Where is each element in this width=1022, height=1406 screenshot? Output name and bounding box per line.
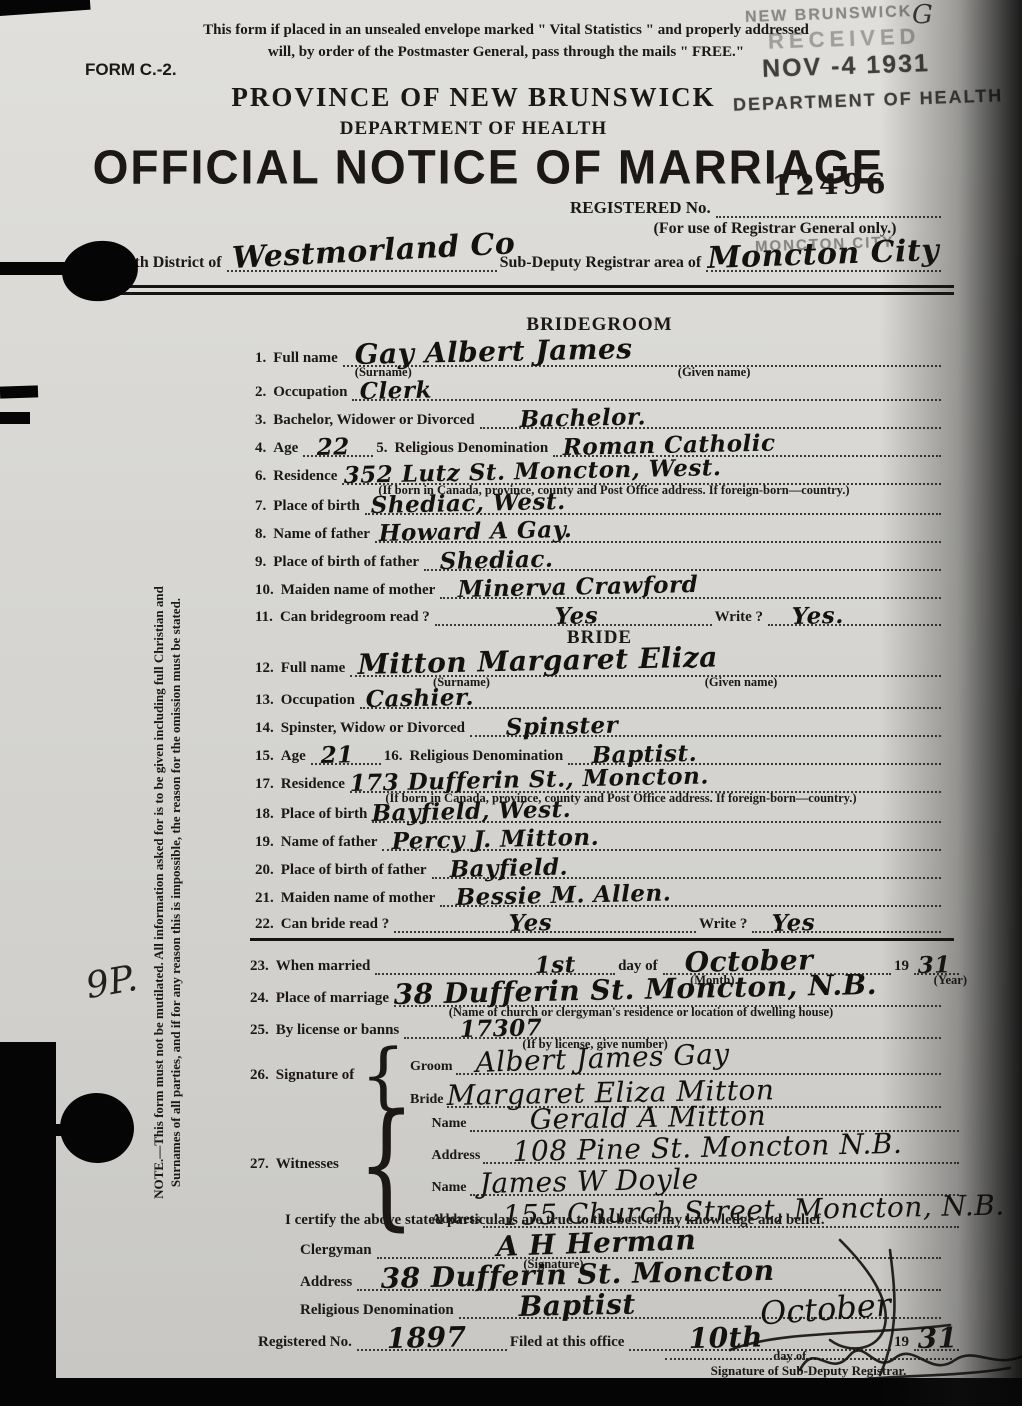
bride-write-line: Yes (752, 914, 941, 933)
groom-read-label: Can bridegroom read ? (280, 609, 430, 626)
hole-punch-bottom (57, 1089, 138, 1166)
field-number: 26. (250, 1067, 269, 1084)
field-number: 5. (376, 440, 387, 457)
groom-fullname-label: Full name (273, 350, 338, 367)
groom-father-birthplace-value: Shediac. (439, 546, 553, 575)
bride-occupation-value: Cashier. (365, 684, 474, 713)
field-number: 6. (255, 468, 266, 485)
registered-no-footer-value: 1897 (386, 1321, 467, 1356)
groom-father-birthplace-label: Place of birth of father (273, 554, 419, 571)
bride-read-value: Yes (509, 909, 553, 937)
bride-age-line: 21 (311, 746, 381, 765)
health-district-value: Westmorland Co (231, 227, 516, 277)
groom-father-value: Howard A Gay. (378, 516, 572, 547)
bride-father-birthplace-label: Place of birth of father (281, 862, 427, 879)
department-heading: DEPARTMENT OF HEALTH (55, 118, 892, 140)
clergyman-denomination-label: Religious Denomination (300, 1302, 454, 1319)
witness2-name-label: Name (432, 1180, 467, 1196)
bride-father-value: Percy J. Mitton. (392, 824, 600, 855)
received-stamp-date: NOV -4 1931 (762, 49, 931, 84)
place-of-marriage-label: Place of marriage (276, 990, 389, 1007)
field-number: 27. (250, 1156, 269, 1173)
bride-status-line: Spinster (470, 718, 941, 737)
scan-edge-left-strip (0, 1042, 56, 1406)
groom-signature-value: Albert James Gay (474, 1037, 729, 1079)
bride-mother-label: Maiden name of mother (281, 890, 436, 907)
scan-mark-left-1 (0, 385, 38, 398)
field-number: 20. (255, 862, 274, 879)
bride-father-line: Percy J. Mitton. (382, 832, 941, 851)
field-number: 1. (255, 350, 266, 367)
scanned-marriage-notice-document: This form if placed in an unsealed envel… (0, 0, 1022, 1406)
margin-note-line2: Surnames of all parties, and if for any … (167, 540, 184, 1245)
witness2-name-value: James W Doyle (479, 1162, 699, 1200)
license-line: 17307 (If by license, give number) (404, 1020, 941, 1039)
field-number: 22. (255, 916, 274, 933)
groom-fullname-line: Gay Albert James (Surname) (Given name) (343, 348, 941, 367)
bride-father-birthplace-value: Bayfield. (449, 854, 568, 883)
field-number: 19. (255, 834, 274, 851)
double-rule (85, 285, 954, 295)
field-number: 2. (255, 384, 266, 401)
subdeputy-area-value: Moncton City (707, 233, 940, 276)
bride-residence-label: Residence (281, 776, 345, 793)
field-number: 14. (255, 720, 274, 737)
registered-no-stamped-value: 12496 (772, 167, 890, 202)
bride-fullname-label: Full name (281, 660, 346, 677)
brace-glyph: { (357, 1103, 415, 1226)
groom-occupation-label: Occupation (273, 384, 347, 401)
groom-mother-value: Minerva Crawford (458, 571, 699, 603)
field-number: 18. (255, 806, 274, 823)
groom-age-label: Age (273, 440, 298, 457)
groom-occupation-value: Clerk (360, 377, 433, 406)
groom-father-label: Name of father (273, 526, 370, 543)
bride-age-value: 21 (320, 742, 354, 770)
groom-write-line: Yes. (768, 607, 941, 626)
field-number: 8. (255, 526, 266, 543)
bride-write-label: Write ? (699, 916, 747, 933)
bride-birthplace-label: Place of birth (281, 806, 368, 823)
registered-no-footer-line: 1897 (357, 1332, 507, 1351)
groom-occupation-line: Clerk (352, 382, 941, 401)
bride-read-label: Can bride read ? (281, 916, 389, 933)
field-number: 15. (255, 748, 274, 765)
bride-residence-line: 173 Dufferin St., Moncton. (If born in C… (350, 774, 941, 793)
bride-occupation-line: Cashier. (360, 690, 941, 709)
groom-mother-label: Maiden name of mother (281, 582, 436, 599)
groom-residence-line: 352 Lutz St. Moncton, West. (If born in … (342, 466, 941, 485)
witness1-address-value: 108 Pine St. Moncton N.B. (513, 1127, 903, 1168)
hole-punch-top (58, 236, 142, 306)
witness1-address-line: 108 Pine St. Moncton N.B. (483, 1144, 959, 1164)
groom-age-line: 22 (303, 438, 373, 457)
when-married-day-line: 1st (375, 956, 615, 975)
clergyman-address-label: Address (300, 1274, 352, 1291)
given-name-sublabel: (Given name) (678, 365, 751, 380)
field-number: 23. (250, 958, 269, 975)
field-number: 25. (250, 1022, 269, 1039)
clergyman-label: Clergyman (300, 1242, 372, 1259)
province-heading: PROVINCE OF NEW BRUNSWICK (55, 82, 892, 113)
margin-note: NOTE.—This form must not be mutilated. A… (150, 540, 184, 1245)
bride-mother-line: Bessie M. Allen. (440, 888, 941, 907)
groom-status-value: Bachelor. (519, 404, 646, 434)
bride-occupation-label: Occupation (281, 692, 355, 709)
field-number: 3. (255, 412, 266, 429)
bride-mother-value: Bessie M. Allen. (456, 880, 672, 912)
groom-signature-label: Groom (410, 1059, 453, 1075)
groom-birthplace-line: Shediac, West. (365, 496, 941, 515)
registered-no-footer-label: Registered No. (258, 1334, 352, 1351)
field-number: 24. (250, 990, 269, 1007)
bride-birthplace-value: Bayfield, West. (372, 796, 572, 827)
field-number: 21. (255, 890, 274, 907)
groom-read-line: Yes (435, 607, 712, 626)
section-rule (250, 938, 954, 941)
signatures-block: 26. Signature of { Groom Albert James Ga… (250, 1042, 944, 1108)
certify-statement: I certify the above stated particulars a… (285, 1212, 825, 1229)
bride-fullname-value: Mitton Margaret Eliza (358, 641, 719, 682)
year-sublabel: (Year) (934, 973, 967, 988)
groom-status-label: Bachelor, Widower or Divorced (273, 412, 474, 429)
field-number: 12. (255, 660, 274, 677)
field-number: 9. (255, 554, 266, 571)
groom-signature-line: Albert James Gay (456, 1055, 941, 1075)
place-of-marriage-line: 38 Dufferin St. Moncton, N.B. (Name of c… (394, 988, 941, 1007)
when-married-year-line: 31 (Year) (914, 956, 959, 975)
field-number: 11. (255, 609, 273, 626)
field-number: 16. (384, 748, 403, 765)
groom-father-birthplace-line: Shediac. (424, 552, 941, 571)
witness1-address-label: Address (432, 1148, 481, 1164)
groom-father-line: Howard A Gay. (375, 524, 941, 543)
groom-status-line: Bachelor. (480, 410, 941, 429)
bride-father-label: Name of father (281, 834, 378, 851)
scan-mark-left-2 (0, 412, 30, 424)
bride-write-value: Yes (772, 909, 816, 937)
bride-status-value: Spinster (505, 712, 618, 741)
field-number: 17. (255, 776, 274, 793)
scan-edge-bottom-band (0, 1378, 1022, 1406)
field-number: 13. (255, 692, 274, 709)
margin-pencil-mark: 9P. (83, 958, 141, 1007)
margin-note-line1: NOTE.—This form must not be mutilated. A… (150, 540, 167, 1245)
groom-birthplace-label: Place of birth (273, 498, 360, 515)
bride-read-line: Yes (394, 914, 696, 933)
year-prefix-label: 19 (894, 958, 909, 975)
hole-punch-top-stem (0, 262, 70, 275)
witnesses-label: Witnesses (276, 1156, 339, 1173)
groom-age-value: 22 (317, 434, 351, 462)
field-number: 7. (255, 498, 266, 515)
scan-edge-top-left (0, 0, 91, 16)
groom-mother-line: Minerva Crawford (440, 580, 941, 599)
subdeputy-area-line: Moncton City (706, 252, 941, 272)
bride-fullname-line: Mitton Margaret Eliza (Surname) (Given n… (350, 658, 941, 677)
registered-no-label: REGISTERED No. (570, 198, 711, 218)
form-number-label: FORM C.-2. (85, 60, 177, 80)
bride-father-birthplace-line: Bayfield. (432, 860, 941, 879)
witness1-name-label: Name (432, 1116, 467, 1132)
groom-write-label: Write ? (715, 609, 763, 626)
groom-denomination-line: Roman Catholic (553, 438, 941, 457)
bride-denomination-label: Religious Denomination (410, 748, 564, 765)
bride-denomination-line: Baptist. (568, 746, 941, 765)
field-number: 10. (255, 582, 274, 599)
witnesses-block: 27. Witnesses { Name Gerald A Mitton Add… (250, 1100, 962, 1228)
field-number: 4. (255, 440, 266, 457)
groom-denomination-label: Religious Denomination (395, 440, 549, 457)
groom-birthplace-value: Shediac, West. (370, 488, 565, 519)
filed-at-office-label: Filed at this office (510, 1334, 625, 1351)
bride-age-label: Age (281, 748, 306, 765)
given-name-sublabel: (Given name) (705, 675, 778, 690)
clergyman-denomination-value: Baptist (518, 1288, 636, 1323)
groom-residence-label: Residence (273, 468, 337, 485)
pencil-mark-g: G (912, 0, 933, 30)
subdeputy-area-label: Sub-Deputy Registrar area of (500, 254, 702, 272)
bride-status-label: Spinster, Widow or Divorced (281, 720, 465, 737)
health-district-line: Westmorland Co (227, 252, 497, 272)
when-married-label: When married (276, 958, 371, 975)
bride-birthplace-line: Bayfield, West. (372, 804, 941, 823)
signature-of-label: Signature of (276, 1067, 354, 1084)
